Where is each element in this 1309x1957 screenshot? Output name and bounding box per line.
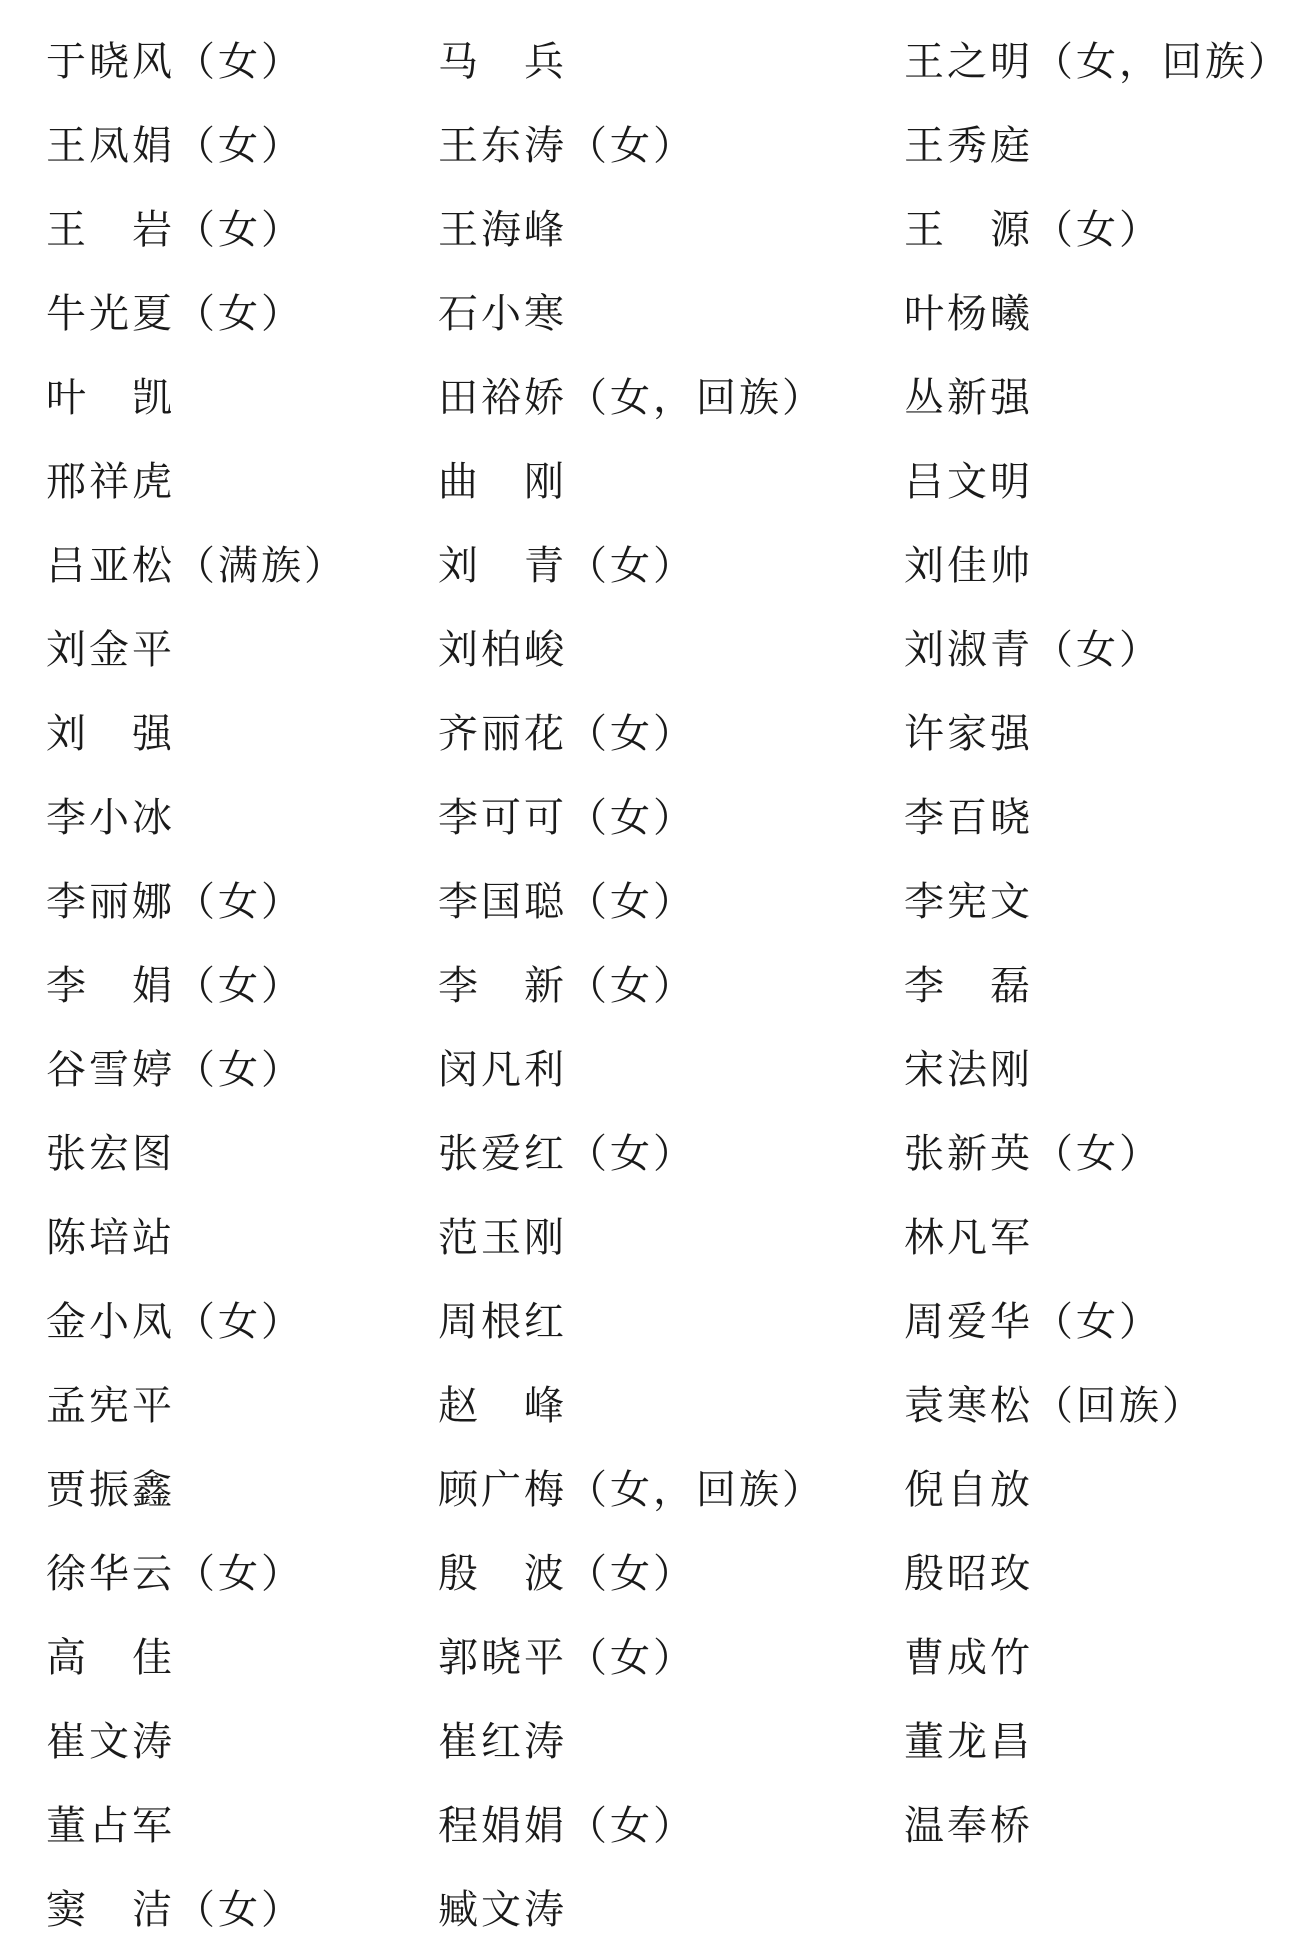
name-entry: 程娟娟（女） [438,1784,696,1868]
name-entry: 叶杨曦 [904,272,1033,356]
name-entry: 闵凡利 [438,1028,567,1112]
name-row: 刘 强齐丽花（女）许家强 [0,692,1309,776]
name-entry: 倪自放 [904,1448,1033,1532]
name-entry: 赵 峰 [438,1364,567,1448]
name-entry: 王秀庭 [904,104,1033,188]
name-entry: 石小寒 [438,272,567,356]
name-entry: 于晓风（女） [46,20,304,104]
name-row: 刘金平刘柏峻刘淑青（女） [0,608,1309,692]
name-entry: 许家强 [904,692,1033,776]
name-row: 贾振鑫顾广梅（女，回族）倪自放 [0,1448,1309,1532]
name-entry: 李 新（女） [438,944,696,1028]
name-entry: 李小冰 [46,776,175,860]
name-entry: 刘柏峻 [438,608,567,692]
name-row: 高 佳郭晓平（女）曹成竹 [0,1616,1309,1700]
name-row: 金小凤（女）周根红周爱华（女） [0,1280,1309,1364]
name-row: 叶 凯田裕娇（女，回族）丛新强 [0,356,1309,440]
name-entry: 叶 凯 [46,356,175,440]
name-entry: 王 岩（女） [46,188,304,272]
name-entry: 崔红涛 [438,1700,567,1784]
name-entry: 袁寒松（回族） [904,1364,1205,1448]
name-entry: 范玉刚 [438,1196,567,1280]
name-entry: 田裕娇（女，回族） [438,356,825,440]
name-row: 崔文涛崔红涛董龙昌 [0,1700,1309,1784]
name-entry: 徐华云（女） [46,1532,304,1616]
name-entry: 吕亚松（满族） [46,524,347,608]
name-entry: 宋法刚 [904,1028,1033,1112]
name-entry: 刘 青（女） [438,524,696,608]
name-row: 王凤娟（女）王东涛（女）王秀庭 [0,104,1309,188]
name-entry: 张新英（女） [904,1112,1162,1196]
name-entry: 林凡军 [904,1196,1033,1280]
name-entry: 李 磊 [904,944,1033,1028]
name-row: 邢祥虎曲 刚吕文明 [0,440,1309,524]
name-entry: 陈培站 [46,1196,175,1280]
name-entry: 李国聪（女） [438,860,696,944]
name-entry: 王凤娟（女） [46,104,304,188]
name-entry: 马 兵 [438,20,567,104]
name-row: 陈培站范玉刚林凡军 [0,1196,1309,1280]
name-row: 牛光夏（女）石小寒叶杨曦 [0,272,1309,356]
name-entry: 贾振鑫 [46,1448,175,1532]
name-entry: 殷昭玫 [904,1532,1033,1616]
name-entry: 谷雪婷（女） [46,1028,304,1112]
name-row: 李小冰李可可（女）李百晓 [0,776,1309,860]
name-entry: 刘 强 [46,692,175,776]
name-row: 于晓风（女）马 兵王之明（女，回族） [0,20,1309,104]
name-entry: 顾广梅（女，回族） [438,1448,825,1532]
name-entry: 张爱红（女） [438,1112,696,1196]
name-entry: 高 佳 [46,1616,175,1700]
name-entry: 张宏图 [46,1112,175,1196]
name-entry: 周根红 [438,1280,567,1364]
name-row: 王 岩（女）王海峰王 源（女） [0,188,1309,272]
name-row: 孟宪平赵 峰袁寒松（回族） [0,1364,1309,1448]
name-entry: 刘淑青（女） [904,608,1162,692]
name-entry: 李丽娜（女） [46,860,304,944]
name-entry: 孟宪平 [46,1364,175,1448]
name-entry: 曹成竹 [904,1616,1033,1700]
name-entry: 崔文涛 [46,1700,175,1784]
name-entry: 吕文明 [904,440,1033,524]
name-row: 徐华云（女）殷 波（女）殷昭玫 [0,1532,1309,1616]
name-entry: 李可可（女） [438,776,696,860]
name-entry: 刘金平 [46,608,175,692]
name-entry: 牛光夏（女） [46,272,304,356]
name-entry: 李 娟（女） [46,944,304,1028]
name-row: 吕亚松（满族）刘 青（女）刘佳帅 [0,524,1309,608]
name-entry: 殷 波（女） [438,1532,696,1616]
name-entry: 窦 洁（女） [46,1868,304,1952]
name-row: 窦 洁（女）臧文涛 [0,1868,1309,1952]
name-entry: 董龙昌 [904,1700,1033,1784]
name-entry: 王之明（女，回族） [904,20,1291,104]
name-entry: 温奉桥 [904,1784,1033,1868]
name-entry: 邢祥虎 [46,440,175,524]
name-entry: 齐丽花（女） [438,692,696,776]
name-entry: 丛新强 [904,356,1033,440]
name-row: 谷雪婷（女）闵凡利宋法刚 [0,1028,1309,1112]
name-entry: 李百晓 [904,776,1033,860]
name-row: 李丽娜（女）李国聪（女）李宪文 [0,860,1309,944]
name-row: 李 娟（女）李 新（女）李 磊 [0,944,1309,1028]
name-entry: 李宪文 [904,860,1033,944]
name-row: 张宏图张爱红（女）张新英（女） [0,1112,1309,1196]
name-entry: 王 源（女） [904,188,1162,272]
name-entry: 周爱华（女） [904,1280,1162,1364]
name-row: 董占军程娟娟（女）温奉桥 [0,1784,1309,1868]
name-entry: 王海峰 [438,188,567,272]
name-entry: 金小凤（女） [46,1280,304,1364]
name-entry: 郭晓平（女） [438,1616,696,1700]
name-entry: 刘佳帅 [904,524,1033,608]
name-entry: 臧文涛 [438,1868,567,1952]
name-entry: 曲 刚 [438,440,567,524]
name-entry: 王东涛（女） [438,104,696,188]
name-entry: 董占军 [46,1784,175,1868]
